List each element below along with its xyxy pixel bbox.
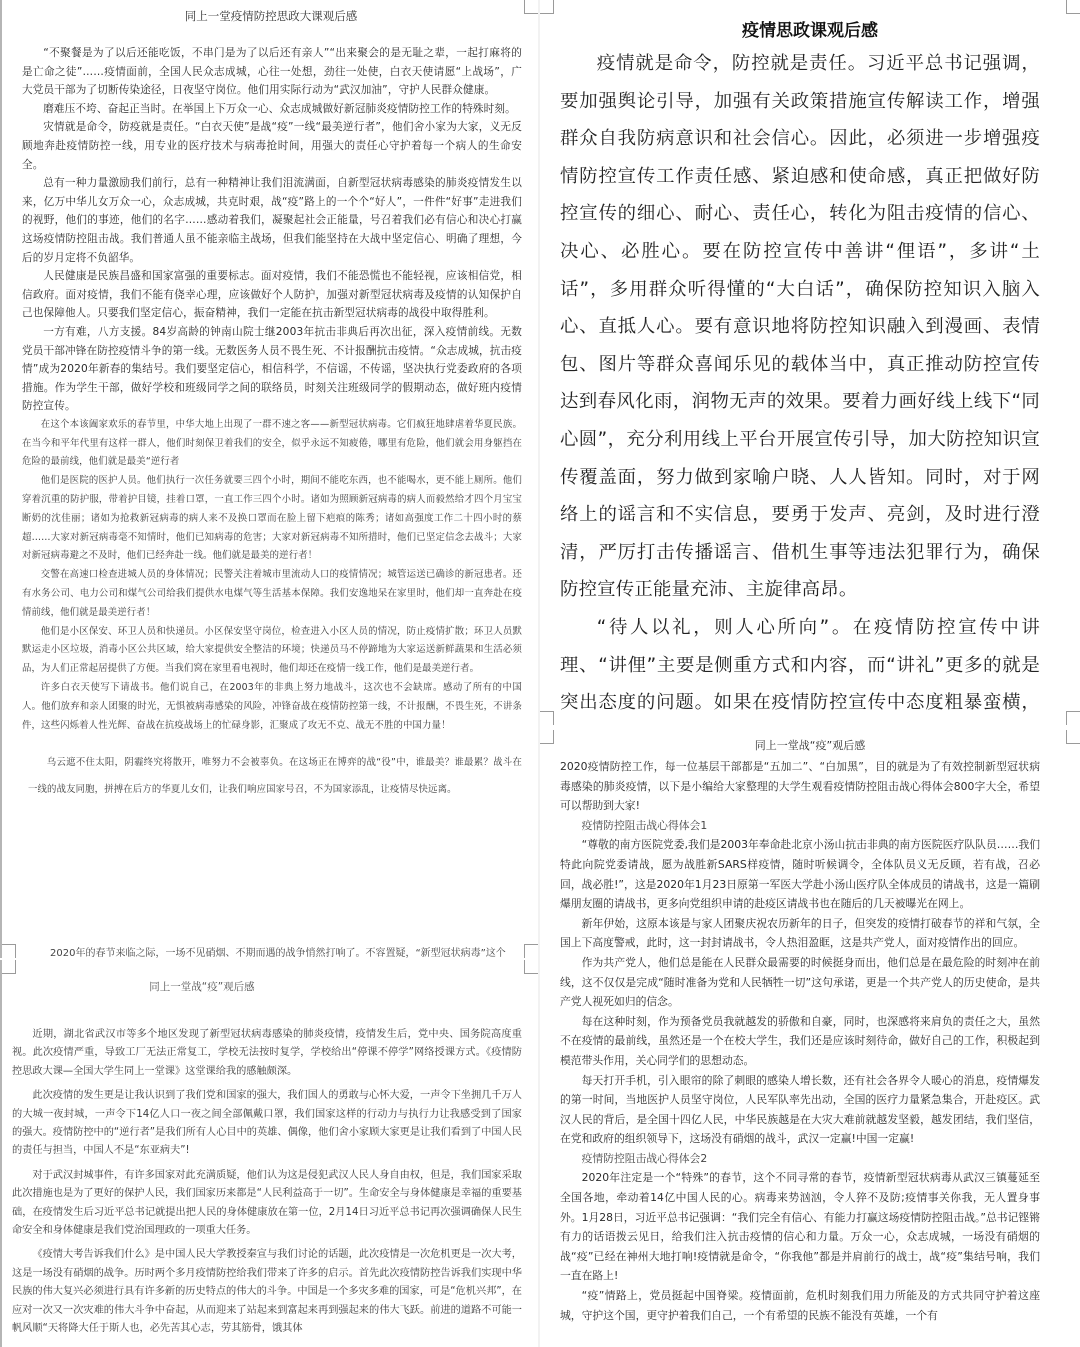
document-page-2: 同上一堂战“疫”观后感 近期，湖北省武汉市等多个地区发现了新型冠状病毒感染的肺炎… — [0, 960, 538, 1347]
paragraph: 新年伊始，这原本该是与家人团聚庆祝农历新年的日子，但突发的疫情打破春节的祥和气氛… — [560, 914, 1040, 953]
document-page-4: 同上一堂战“疫”观后感 2020疫情防控工作，每一位基层干部都是“五加二”、“白… — [540, 730, 1080, 1347]
cut-off-line: 2020年的春节来临之际，一场不见硝烟、不期而遇的战争悄然打响了。不容置疑，“新… — [50, 946, 520, 958]
paragraph: 一方有难，八方支援。84岁高龄的钟南山院士继2003年抗击非典后再次出征，深入疫… — [22, 323, 522, 416]
crop-mark-icon — [2, 944, 16, 958]
paragraph: 灾情就是命令，防疫就是责任。“白衣天使”是战“疫”一线“最美逆行者”，他们舍小家… — [22, 118, 522, 174]
paragraph: 他们是医院的医护人员。他们执行一次任务就要三四个小时，期间不能吃东西，也不能喝水… — [22, 472, 522, 566]
paragraph: “不聚餐是为了以后还能吃饭，不串门是为了以后还有亲人”“出来聚会的是无耻之辈，一… — [22, 44, 522, 100]
paragraph: 交警在高速口检查进城人员的身体情况；民警关注着城市里流动人口的疫情情况；城管运送… — [22, 566, 522, 622]
page-title: 疫情思政课观后感 — [540, 16, 1080, 41]
document-page-1: 同上一堂疫情防控思政大课观后感 “不聚餐是为了以后还能吃饭，不串门是为了以后还有… — [0, 0, 538, 958]
page-title: 同上一堂战“疫”观后感 — [540, 737, 1080, 753]
page-title: 同上一堂疫情防控思政大课观后感 — [2, 8, 538, 24]
section-heading: 疫情防控阻击战心得体会1 — [560, 816, 1040, 836]
paragraph: 每在这种时刻，作为预备党员我就越发的骄傲和自豪，同时，也深感将来肩负的责任之大，… — [560, 1012, 1040, 1071]
paragraph: 他们是小区保安、环卫人员和快递员。小区保安坚守岗位，检查进入小区人员的情况，防止… — [22, 623, 522, 679]
section-heading: 疫情防控阻击战心得体会2 — [560, 1149, 1040, 1169]
paragraph: 2020年注定是一个“特殊”的春节，这个不同寻常的春节，疫情新型冠状病毒从武汉三… — [560, 1168, 1040, 1286]
crop-mark-icon — [524, 944, 538, 958]
paragraph: 近期，湖北省武汉市等多个地区发现了新型冠状病毒感染的肺炎疫情，疫情发生后，党中央… — [12, 1026, 522, 1081]
crop-mark-icon — [1066, 0, 1080, 14]
paragraph: 磨难压不垮、奋起正当时。在举国上下万众一心、众志成城做好新冠肺炎疫情防控工作的特… — [22, 100, 522, 119]
paragraph: “待人以礼，则人心所向”。在疫情防控宣传中讲理、“讲俚”主要是侧重方式和内容，而… — [560, 609, 1040, 725]
paragraph: “疫”情路上，党员挺起中国脊梁。疫情面前，危机时刻我们用力所能及的方式共同守护着… — [560, 1286, 1040, 1325]
paragraph: 在这个本该阖家欢乐的春节里，中华大地上出现了一群不速之客——新型冠状病毒。它们疯… — [22, 416, 522, 472]
document-page-3: 疫情思政课观后感 疫情就是命令，防控就是责任。习近平总书记强调，要加强舆论引导，… — [540, 0, 1080, 725]
intro-paragraph: 2020疫情防控工作，每一位基层干部都是“五加二”、“白加黑”，目的就是为了有效… — [560, 757, 1040, 816]
page-body: 2020疫情防控工作，每一位基层干部都是“五加二”、“白加黑”，目的就是为了有效… — [560, 757, 1040, 1325]
crop-mark-icon — [2, 960, 16, 974]
paragraph: 作为共产党人，他们总是能在人民群众最需要的时候挺身而出，他们总是在最危险的时刻冲… — [560, 953, 1040, 1012]
paragraph: 乌云遮不住太阳，阴霾终究将散开，唯努力不会被辜负。在这场正在博弈的战“役”中，谁… — [22, 749, 522, 803]
crop-mark-icon — [540, 0, 554, 14]
paragraph: 疫情就是命令，防控就是责任。习近平总书记强调，要加强舆论引导，加强有关政策措施宣… — [560, 45, 1040, 609]
page-body: 近期，湖北省武汉市等多个地区发现了新型冠状病毒感染的肺炎疫情，疫情发生后，党中央… — [12, 1026, 522, 1345]
crop-mark-icon — [540, 711, 554, 725]
paragraph: 每天打开手机，引入眼帘的除了刺眼的感染人增长数，还有社会各界令人暖心的消息，疫情… — [560, 1071, 1040, 1149]
crop-mark-icon — [524, 960, 538, 974]
paragraph: 许多白衣天使写下请战书。他们说自己，在2003年的非典上努力地战斗，这次也不会缺… — [22, 679, 522, 735]
paragraph: 《疫情大考告诉我们什么》是中国人民大学教授秦宣与我们讨论的话题，此次疫情是一次危… — [12, 1246, 522, 1338]
paragraph: 人民健康是民族昌盛和国家富强的重要标志。面对疫情，我们不能恐慌也不能轻视，应该相… — [22, 267, 522, 323]
page-body: “不聚餐是为了以后还能吃饭，不串门是为了以后还有亲人”“出来聚会的是无耻之辈，一… — [22, 44, 522, 803]
paragraph: “尊敬的南方医院党委,我们是2003年奉命赴北京小汤山抗击非典的南方医院医疗队队… — [560, 835, 1040, 913]
crop-mark-icon — [1066, 711, 1080, 725]
paragraph: 对于武汉封城事件，有许多国家对此充满质疑，他们认为这是侵犯武汉人民人身自由权，但… — [12, 1167, 522, 1241]
page-body: 疫情就是命令，防控就是责任。习近平总书记强调，要加强舆论引导，加强有关政策措施宣… — [560, 45, 1040, 725]
paragraph: 总有一种力量激励我们前行，总有一种精神让我们泪流满面，自新型冠状病毒感染的肺炎疫… — [22, 174, 522, 267]
paragraph: 此次疫情的发生更是让我认识到了我们党和国家的强大，我们国人的勇敢与心怀大爱，一声… — [12, 1087, 522, 1161]
page-title: 同上一堂战“疫”观后感 — [2, 979, 402, 994]
